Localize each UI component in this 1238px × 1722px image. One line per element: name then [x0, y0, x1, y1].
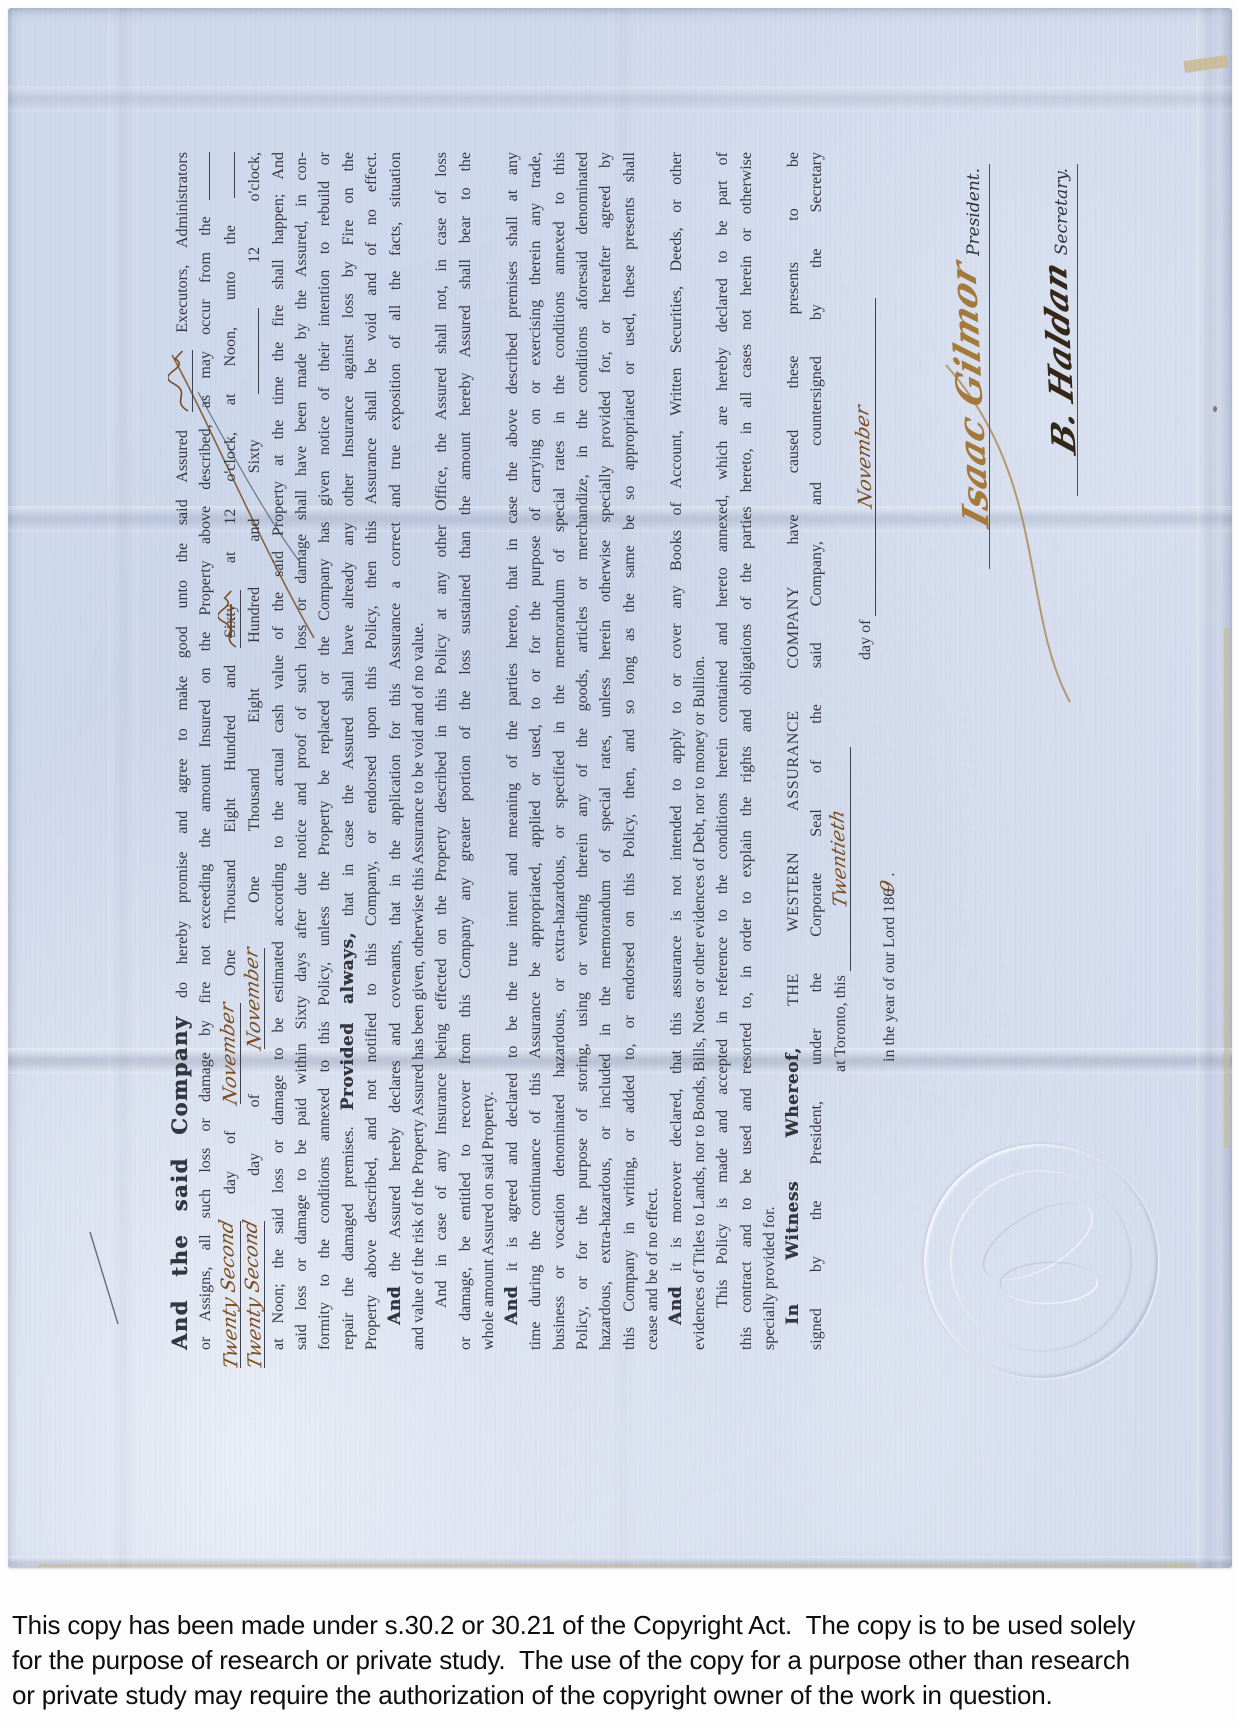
scan-stage: And the said Company do hereby promise a…: [0, 0, 1238, 1722]
fold-crease-vertical: [608, 8, 638, 1568]
fold-crease-horizontal: [8, 506, 1232, 532]
embossed-seal-ring: [933, 1153, 1149, 1369]
fold-crease-horizontal: [8, 86, 1232, 112]
fold-crease-vertical: [108, 8, 138, 1568]
fold-crease-vertical: [1196, 8, 1222, 1568]
page-edge-tan: [1183, 55, 1228, 73]
embossed-seal: [902, 1122, 1180, 1400]
page-edge-tan: [1224, 628, 1230, 1148]
copyright-line: for the purpose of research or private s…: [12, 1643, 1234, 1678]
copyright-line: This copy has been made under s.30.2 or …: [12, 1608, 1234, 1643]
fold-crease-horizontal: [8, 1048, 1232, 1074]
page-edge-tan: [38, 1564, 1198, 1567]
embossed-seal-detail: [972, 1188, 1103, 1295]
ink-speck: [1213, 406, 1217, 412]
copyright-line: or private study may require the authori…: [12, 1678, 1234, 1713]
scanned-policy-page: [8, 8, 1232, 1568]
embossed-seal-detail: [1000, 1261, 1097, 1304]
copyright-notice: This copy has been made under s.30.2 or …: [12, 1608, 1234, 1713]
fold-crease-horizontal: [8, 1556, 1232, 1570]
